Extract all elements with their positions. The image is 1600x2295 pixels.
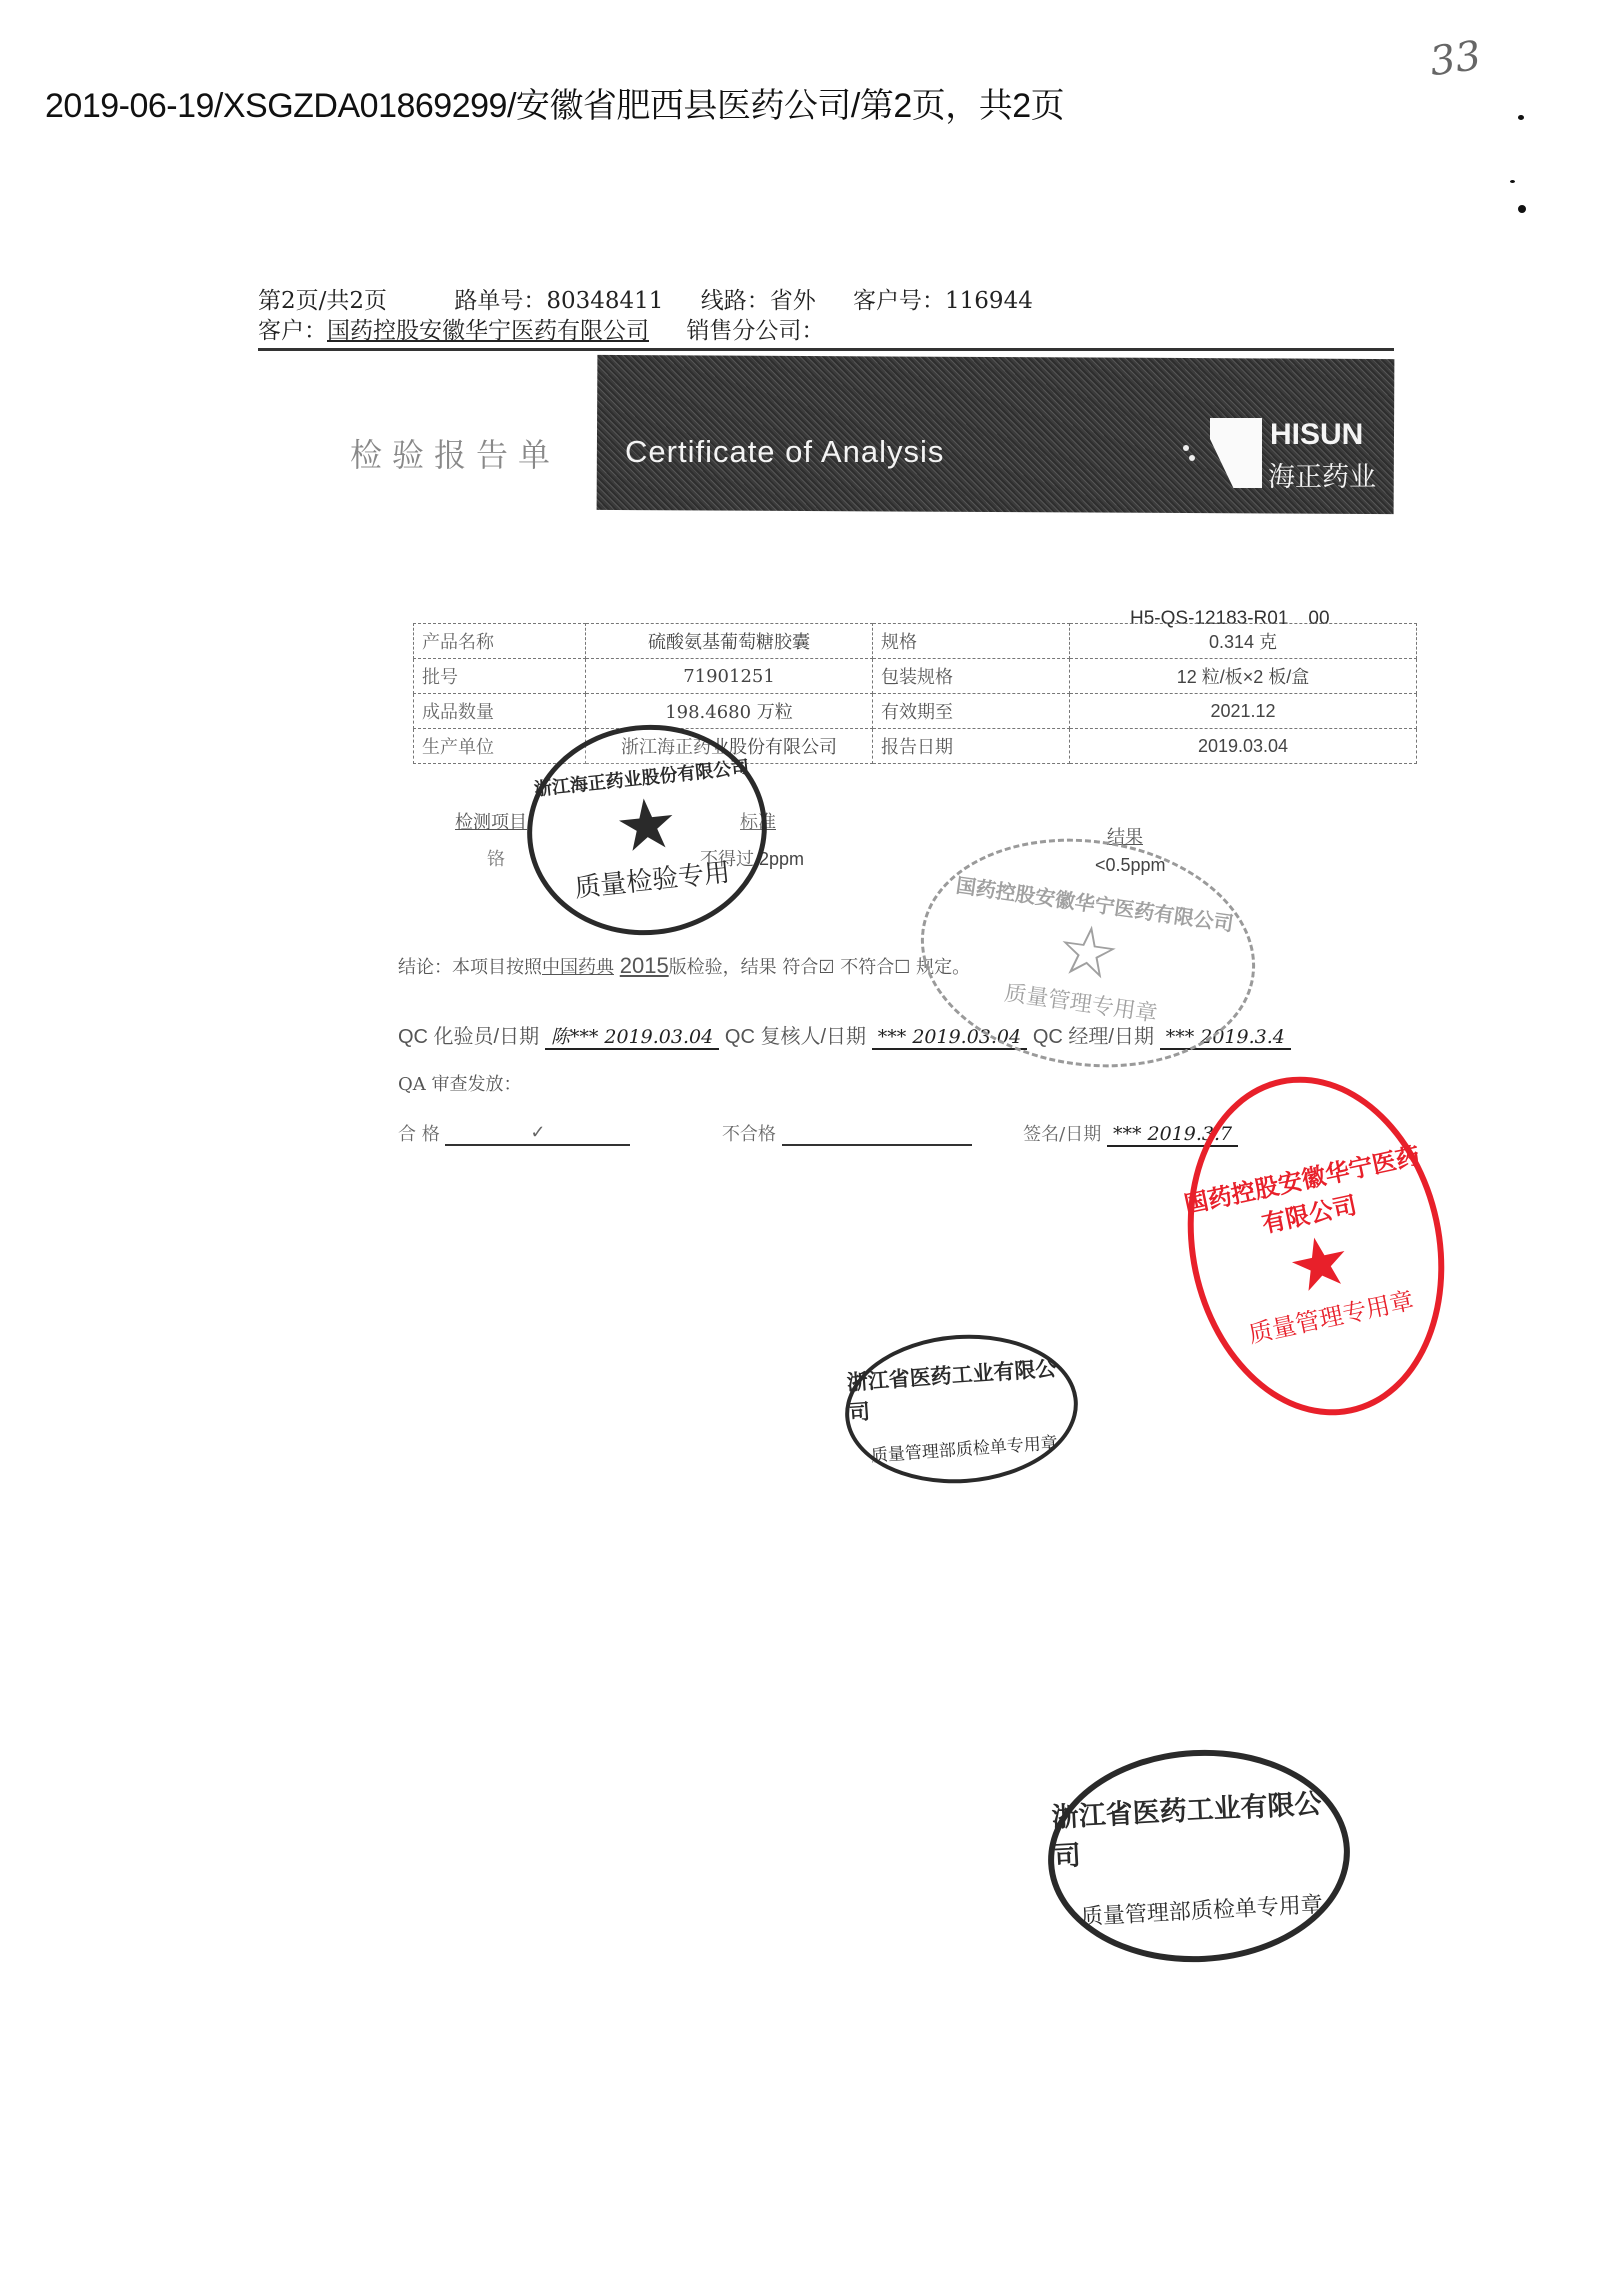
table-cell-value2: 2019.03.04 [1070, 729, 1417, 764]
table-cell-value2: 2021.12 [1070, 694, 1417, 729]
pass-checkmark: ✓ [445, 1122, 630, 1146]
customer-label: 客户： [258, 318, 327, 344]
table-cell-value: 71901251 [586, 659, 873, 694]
certificate-title-en: Certificate of Analysis [625, 434, 944, 470]
col-test-item: 检测项目 [455, 808, 527, 834]
table-cell-label2: 有效期至 [873, 694, 1070, 729]
table-row: 成品数量198.4680 万粒有效期至2021.12 [414, 694, 1417, 729]
pharmacopoeia-year: 2015 [620, 953, 669, 978]
scan-speck [1518, 205, 1526, 213]
table-row: 批号71901251包装规格12 粒/板×2 板/盒 [414, 659, 1417, 694]
star-icon: ★ [1282, 1222, 1358, 1304]
qc-analyst-signature: 陈*** 2019.03.04 [545, 1026, 719, 1050]
table-cell-label2: 报告日期 [873, 729, 1070, 764]
stamp-text-top: 浙江省医药工业有限公司 [1051, 1780, 1345, 1873]
conclusion: 结论：本项目按照中国药典 2015版检验，结果 符合☑ 不符合☐ 规定。 [398, 953, 970, 979]
table-cell-label: 批号 [414, 659, 586, 694]
sign-date-label: 签名/日期 [1023, 1124, 1101, 1145]
fail-label: 不合格 [722, 1124, 776, 1145]
table-cell-value2: 0.314 克 [1070, 624, 1417, 659]
table-cell-label2: 包装规格 [873, 659, 1070, 694]
customer-no-label: 客户号： [853, 288, 945, 314]
table-cell-label2: 规格 [873, 624, 1070, 659]
brand-name-en: HISUN [1270, 418, 1363, 452]
hisun-logo-dots [1183, 445, 1189, 451]
star-icon: ★ [612, 786, 682, 862]
customer-no: 116944 [945, 288, 1033, 314]
fail-blank [782, 1122, 972, 1146]
stamp-text-bottom: 质量检验专用 [572, 851, 731, 904]
branch-label: 销售分公司： [686, 318, 824, 344]
qa-decision-row: 合 格 ✓ 不合格 签名/日期 *** 2019.3.7 [398, 1120, 1238, 1146]
table-cell-label: 产品名称 [414, 624, 586, 659]
stamp-zhejiang-large: 浙江省医药工业有限公司 质量管理部质检单专用章 [1043, 1742, 1356, 1970]
stamp-text-bottom: 质量管理部质检单专用章 [870, 1428, 1058, 1466]
stamp-text-top: 浙江省医药工业有限公司 [846, 1351, 1075, 1427]
star-icon: ☆ [1052, 913, 1124, 991]
stamp-huaning-red: 国药控股安徽华宁医药有限公司 ★ 质量管理专用章 [1157, 1053, 1475, 1440]
table-cell-value2: 12 粒/板×2 板/盒 [1070, 659, 1417, 694]
table-cell-value: 198.4680 万粒 [586, 694, 873, 729]
test-item: 铬 [487, 845, 505, 871]
route: 省外 [770, 288, 816, 314]
waybill-info: 第2页/共2页 路单号：80348411 线路：省外 客户号：116944 客户… [258, 286, 1033, 346]
waybill-no-label: 路单号： [454, 288, 546, 314]
table-cell-value: 硫酸氨基葡萄糖胶囊 [586, 624, 873, 659]
scan-speck [1510, 180, 1515, 183]
handwritten-page-number: 33 [1427, 33, 1484, 86]
table-row: 产品名称硫酸氨基葡萄糖胶囊规格0.314 克 [414, 624, 1417, 659]
qa-release-label: QA 审查发放： [398, 1070, 521, 1096]
conclusion-prefix: 结论：本项目按照 [398, 957, 542, 978]
brand-name-cn: 海正药业 [1268, 455, 1376, 494]
fax-header-line: 2019-06-19/XSGZDA01869299/安徽省肥西县医药公司/第2页… [45, 78, 1064, 127]
table-cell-label: 成品数量 [414, 694, 586, 729]
qc-reviewer-label: QC 复核人/日期 [725, 1026, 866, 1048]
certificate-title-cn: 检验报告单 [350, 430, 560, 476]
divider [258, 348, 1394, 351]
waybill-no: 80348411 [546, 288, 663, 314]
pharmacopoeia: 中国药典 [542, 957, 614, 978]
scan-speck [1518, 115, 1524, 120]
customer-name: 国药控股安徽华宁医药有限公司 [327, 318, 649, 344]
page-indicator: 第2页/共2页 [258, 288, 387, 314]
product-info-table: 产品名称硫酸氨基葡萄糖胶囊规格0.314 克批号71901251包装规格12 粒… [413, 623, 1417, 764]
route-label: 线路： [701, 288, 770, 314]
qc-analyst-label: QC 化验员/日期 [398, 1026, 539, 1048]
stamp-zhejiang-small: 浙江省医药工业有限公司 质量管理部质检单专用章 [840, 1327, 1083, 1491]
stamp-text-bottom: 质量管理部质检单专用章 [1080, 1887, 1323, 1931]
pass-label: 合 格 [398, 1124, 440, 1145]
